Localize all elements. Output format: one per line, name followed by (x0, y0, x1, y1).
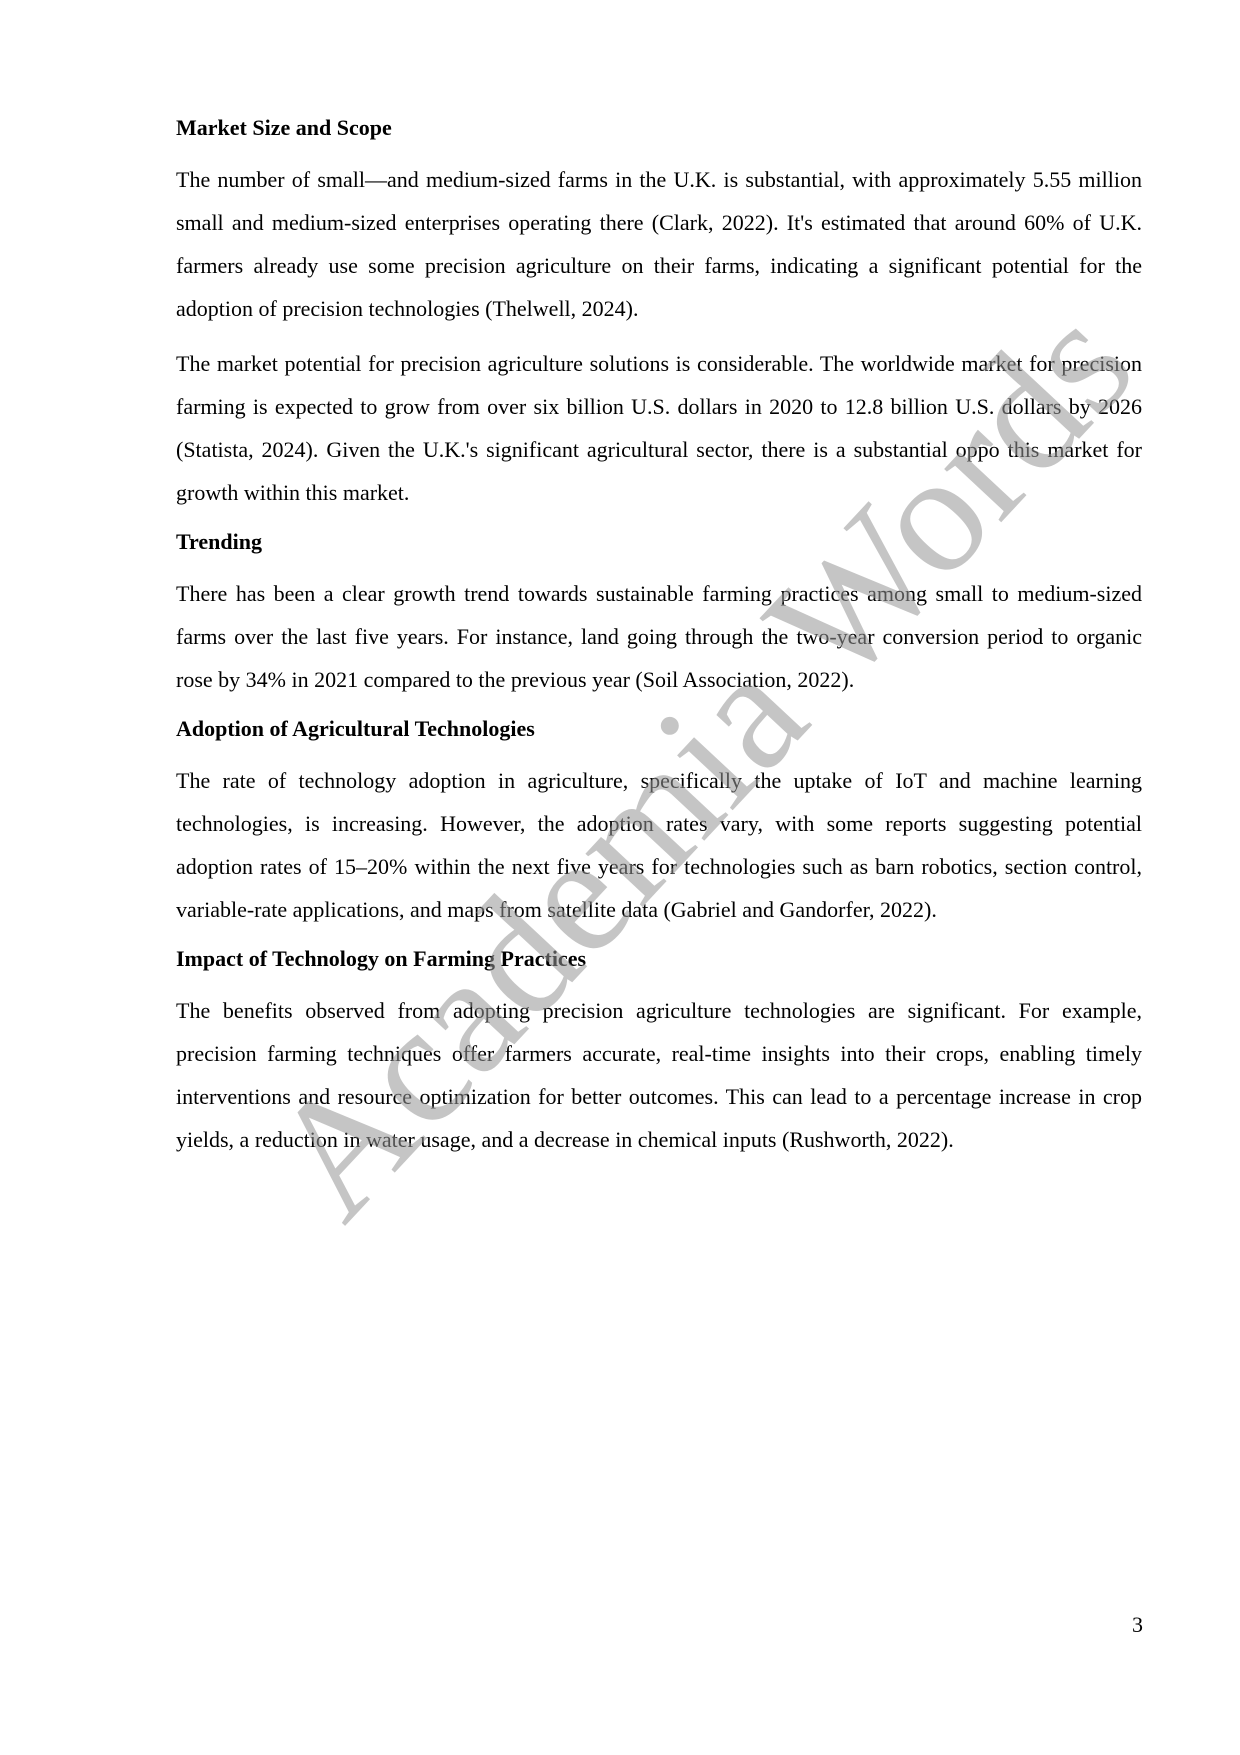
section-trending: Trending There has been a clear growth t… (176, 526, 1142, 701)
section-heading: Trending (176, 526, 1142, 558)
page-number: 3 (1132, 1612, 1143, 1638)
paragraph: The market potential for precision agric… (176, 342, 1142, 514)
document-page: Market Size and Scope The number of smal… (0, 0, 1240, 1755)
section-market-size: Market Size and Scope The number of smal… (176, 112, 1142, 514)
paragraph: The rate of technology adoption in agric… (176, 759, 1142, 931)
section-heading: Adoption of Agricultural Technologies (176, 713, 1142, 745)
section-impact: Impact of Technology on Farming Practice… (176, 943, 1142, 1161)
section-heading: Market Size and Scope (176, 112, 1142, 144)
paragraph: There has been a clear growth trend towa… (176, 572, 1142, 701)
page-content: Market Size and Scope The number of smal… (176, 112, 1142, 1173)
paragraph: The benefits observed from adopting prec… (176, 989, 1142, 1161)
section-adoption: Adoption of Agricultural Technologies Th… (176, 713, 1142, 931)
section-heading: Impact of Technology on Farming Practice… (176, 943, 1142, 975)
paragraph: The number of small—and medium-sized far… (176, 158, 1142, 330)
